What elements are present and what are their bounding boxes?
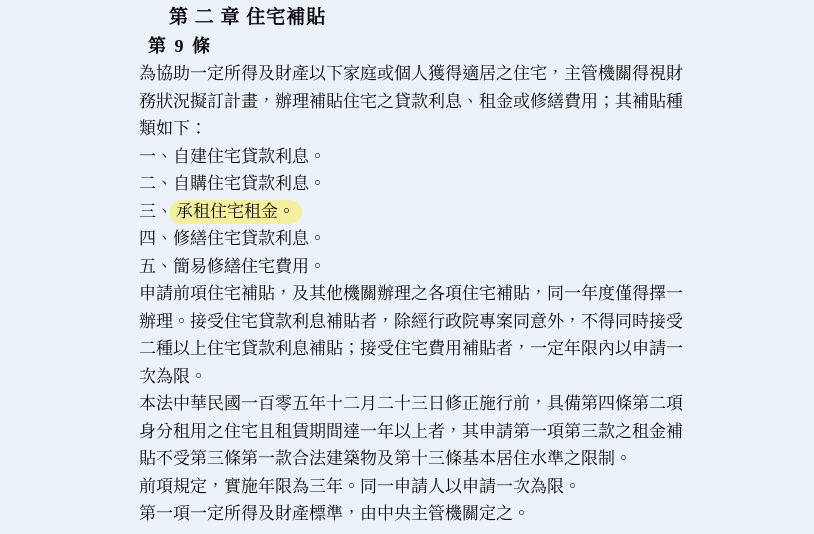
list-item-text: 簡易修繕住宅費用。 [173, 257, 326, 276]
highlighted-text: 承租住宅租金。 [170, 200, 302, 224]
paragraph-transition-provision: 本法中華民國一百零五年十二月二十三日修正施行前，具備第四條第二項身分租用之住宅且… [139, 390, 686, 473]
subsidy-type-list: 一、自建住宅貸款利息。 二、自購住宅貸款利息。 三、承租住宅租金。 四、修繕住宅… [139, 143, 699, 281]
list-item-prefix: 五、 [139, 257, 173, 276]
list-item-text: 自建住宅貸款利息。 [173, 147, 326, 166]
paragraph-intro: 為協助一定所得及財產以下家庭或個人獲得適居之住宅，主管機關得視財務狀況擬訂計畫，… [139, 60, 686, 143]
chapter-heading: 第 二 章 住宅補貼 [169, 4, 699, 32]
list-item: 二、自購住宅貸款利息。 [139, 170, 699, 198]
list-item-prefix: 四、 [139, 229, 173, 248]
list-item-text: 修繕住宅貸款利息。 [173, 229, 326, 248]
paragraph-implementation-period: 前項規定，實施年限為三年。同一申請人以申請一次為限。 [139, 473, 686, 501]
list-item-prefix: 二、 [139, 174, 173, 193]
page: { "page": { "colors": { "background": "#… [0, 0, 814, 534]
law-document: 第 二 章 住宅補貼 第 9 條 為協助一定所得及財產以下家庭或個人獲得適居之住… [139, 4, 699, 528]
list-item: 一、自建住宅貸款利息。 [139, 143, 699, 171]
list-item: 三、承租住宅租金。 [139, 198, 699, 226]
list-item: 五、簡易修繕住宅費用。 [139, 253, 699, 281]
paragraph-standards-authority: 第一項一定所得及財產標準，由中央主管機關定之。 [139, 500, 686, 528]
article-heading: 第 9 條 [148, 32, 699, 60]
list-item-text: 自購住宅貸款利息。 [173, 174, 326, 193]
list-item: 四、修繕住宅貸款利息。 [139, 225, 699, 253]
list-item-prefix: 三、 [139, 202, 173, 221]
paragraph-application-rules: 申請前項住宅補貼，及其他機關辦理之各項住宅補貼，同一年度僅得擇一辦理。接受住宅貸… [139, 280, 686, 390]
list-item-prefix: 一、 [139, 147, 173, 166]
